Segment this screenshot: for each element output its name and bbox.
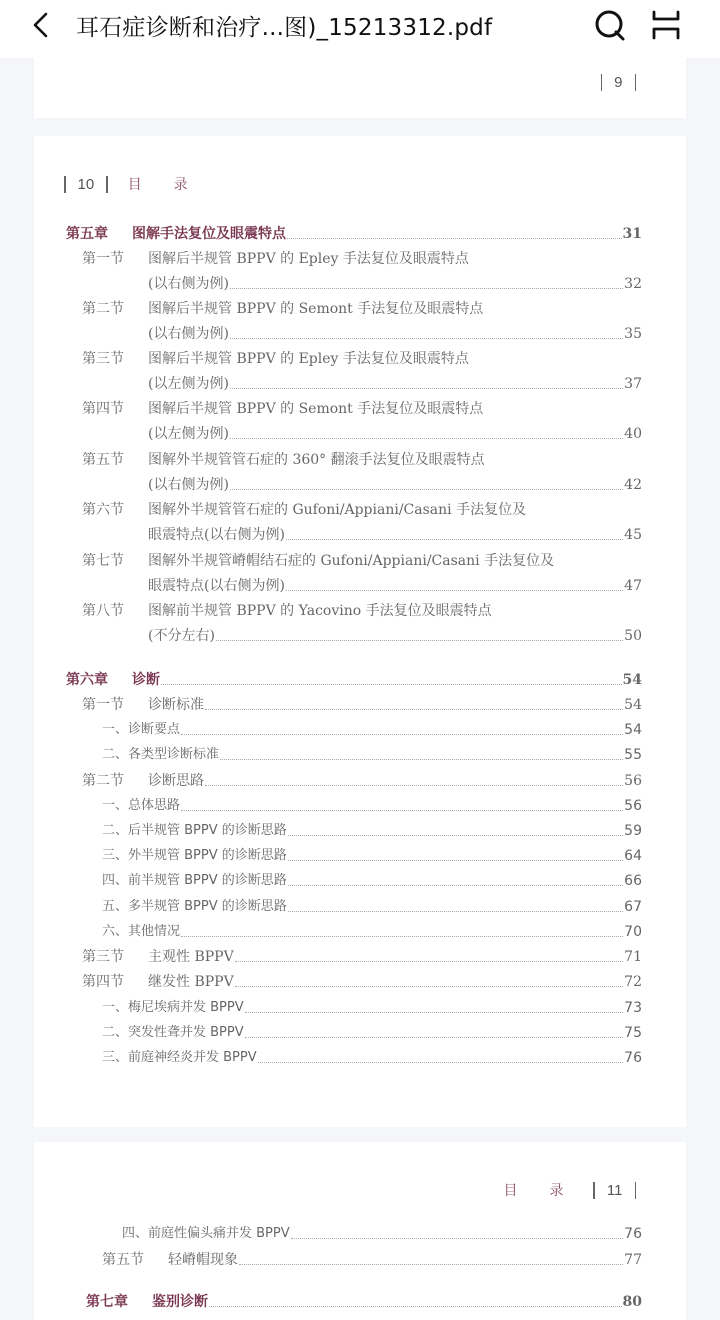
toc-entry-label: 诊断 <box>132 670 160 690</box>
toc-entry[interactable]: 五、多半规管 BPPV 的诊断思路67 <box>66 893 642 917</box>
toc-entry-page: 50 <box>624 626 642 646</box>
toc-entry[interactable]: 二、突发性聋并发 BPPV75 <box>66 1019 642 1043</box>
page-number: 9 <box>601 74 636 91</box>
toc-entry-label: 四、前庭性偏头痛并发 BPPV <box>122 1224 290 1244</box>
leader-dots <box>220 759 623 760</box>
leader-dots <box>258 1062 624 1063</box>
toc-entry[interactable]: 一、梅尼埃病并发 BPPV73 <box>66 994 642 1018</box>
leader-dots <box>205 709 623 710</box>
toc-entry-page: 47 <box>624 576 642 596</box>
leader-dots <box>230 388 623 389</box>
toc-entry-label: 眼震特点(以右侧为例) <box>148 576 285 596</box>
toc-entry-page: 32 <box>624 274 642 294</box>
divider <box>601 74 603 91</box>
toc-entry-page: 75 <box>624 1023 642 1043</box>
top-bar: 耳石症诊断和治疗...图)_15213312.pdf <box>0 0 720 58</box>
toc-entry-page: 72 <box>624 972 642 992</box>
toc-entry[interactable]: 第五节轻嵴帽现象77 <box>86 1246 642 1270</box>
toc-entry[interactable]: (以右侧为例)42 <box>66 471 642 495</box>
toc-entry-page: 71 <box>624 947 642 967</box>
toc-entry-page: 54 <box>623 670 642 690</box>
leader-dots <box>181 734 623 735</box>
toc-entry-label: (以左侧为例) <box>148 424 229 444</box>
toc-entry-label: 三、外半规管 BPPV 的诊断思路 <box>102 846 287 866</box>
toc-entry-label: 二、各类型诊断标准 <box>102 745 219 765</box>
toc-entry-number: 第六章 <box>66 670 132 690</box>
toc-entry-label: 继发性 BPPV <box>148 972 234 992</box>
toc-entry-label: 二、后半规管 BPPV 的诊断思路 <box>102 821 287 841</box>
toc-entry-page: 55 <box>624 745 642 765</box>
leader-dots <box>288 885 623 886</box>
leader-dots <box>209 1306 622 1307</box>
toc-entry[interactable]: (以右侧为例)32 <box>66 270 642 294</box>
toc-entry-number: 第七节 <box>82 551 148 571</box>
toc-entry-label: 诊断标准 <box>148 695 204 715</box>
leader-dots <box>291 1238 624 1239</box>
toc-entry[interactable]: 眼震特点(以右侧为例)45 <box>66 521 642 545</box>
toc-entry-number: 第五节 <box>102 1250 168 1270</box>
toc-entry[interactable]: 六、其他情况70 <box>66 918 642 942</box>
toc-entry-page: 76 <box>624 1224 642 1244</box>
toc-entry-number: 第五章 <box>66 224 132 244</box>
toc-entry[interactable]: 第四节图解后半规管 BPPV 的 Semont 手法复位及眼震特点 <box>66 395 642 419</box>
toc-entry-label: 图解后半规管 BPPV 的 Semont 手法复位及眼震特点 <box>148 299 483 319</box>
toc-entry-number: 第二节 <box>82 771 148 791</box>
leader-dots <box>161 684 622 685</box>
toc-entry[interactable]: 第六节图解外半规管管石症的 Gufoni/Appiani/Casani 手法复位… <box>66 496 642 520</box>
leader-dots <box>181 936 623 937</box>
toc-entry-page: 66 <box>624 871 642 891</box>
toc-entry-page: 42 <box>624 475 642 495</box>
toc-entry[interactable]: (以右侧为例)35 <box>66 320 642 344</box>
page-number-text: 10 <box>78 176 95 193</box>
toc-entry-page: 45 <box>624 525 642 545</box>
leader-dots <box>486 464 641 465</box>
toc-entry-page: 37 <box>624 374 642 394</box>
toc-entry[interactable]: 二、各类型诊断标准55 <box>66 741 642 765</box>
search-button[interactable] <box>592 7 628 43</box>
toc-entry[interactable]: 第五节图解外半规管管石症的 360° 翻滚手法复位及眼震特点 <box>66 446 642 470</box>
toc-entry[interactable]: 第七节图解外半规管嵴帽结石症的 Gufoni/Appiani/Casani 手法… <box>66 547 642 571</box>
toc-entry-label: 诊断思路 <box>148 771 204 791</box>
toc-entry[interactable]: (以左侧为例)37 <box>66 370 642 394</box>
toc-entry-label: 四、前半规管 BPPV 的诊断思路 <box>102 871 287 891</box>
toc-entry-page: 67 <box>624 897 642 917</box>
toc-entry-number: 第一节 <box>82 249 148 269</box>
leader-dots <box>216 640 623 641</box>
toc-entry-page: 40 <box>624 424 642 444</box>
toc-entry-label: 六、其他情况 <box>102 922 180 942</box>
toc-entry[interactable]: 第二节图解后半规管 BPPV 的 Semont 手法复位及眼震特点 <box>66 295 642 319</box>
divider <box>635 1182 637 1199</box>
toc-entry[interactable]: 第八节图解前半规管 BPPV 的 Yacovino 手法复位及眼震特点 <box>66 597 642 621</box>
leader-dots <box>287 238 622 239</box>
page-number-text: 9 <box>614 74 622 91</box>
toc-entry-label: (以右侧为例) <box>148 324 229 344</box>
toc-entry-number: 第四节 <box>82 399 148 419</box>
leader-dots <box>230 489 623 490</box>
toc-entry-page: 54 <box>624 695 642 715</box>
toc-entry-number: 第一节 <box>82 695 148 715</box>
leader-dots <box>230 338 623 339</box>
page-header: 10 目 录 <box>64 174 202 194</box>
toc-entry-label: 三、前庭神经炎并发 BPPV <box>102 1048 257 1068</box>
toc-entry[interactable]: 二、后半规管 BPPV 的诊断思路59 <box>66 817 642 841</box>
toc-entry-number: 第三节 <box>82 947 148 967</box>
toc-entry-page: 80 <box>623 1292 642 1312</box>
toc-entry-number: 第三节 <box>82 349 148 369</box>
toc-entry[interactable]: 眼震特点(以右侧为例)47 <box>66 572 642 596</box>
toc-entry-page: 35 <box>624 324 642 344</box>
leader-dots <box>288 860 623 861</box>
toc-entry-label: 图解外半规管管石症的 360° 翻滚手法复位及眼震特点 <box>148 450 485 470</box>
leader-dots <box>181 810 623 811</box>
leader-dots <box>555 565 641 566</box>
toc-entry[interactable]: 四、前半规管 BPPV 的诊断思路66 <box>66 867 642 891</box>
toc-entry-label: (以右侧为例) <box>148 274 229 294</box>
toc-entry-label: 眼震特点(以右侧为例) <box>148 525 285 545</box>
toc-entry-page: 64 <box>624 846 642 866</box>
toc-entry-page: 54 <box>624 720 642 740</box>
divider <box>106 176 108 193</box>
leader-dots <box>288 835 623 836</box>
toc-entry[interactable]: 第三节图解后半规管 BPPV 的 Epley 手法复位及眼震特点 <box>66 345 642 369</box>
toc-entry-label: 图解前半规管 BPPV 的 Yacovino 手法复位及眼震特点 <box>148 601 492 621</box>
leader-dots <box>230 288 623 289</box>
pdf-viewer[interactable]: 9 10 目 录 第五章图解手法复位及眼震特点31第一节图解后半规管 BPPV … <box>0 58 720 1320</box>
page-header: 目 录 11 <box>504 1180 636 1200</box>
toc-entry[interactable]: 一、诊断要点54 <box>66 716 642 740</box>
toc-entry-label: (以左侧为例) <box>148 374 229 394</box>
toc-entry-label: 图解外半规管管石症的 Gufoni/Appiani/Casani 手法复位及 <box>148 500 526 520</box>
toc-entry-page: 56 <box>624 796 642 816</box>
leader-dots <box>286 539 623 540</box>
leader-dots <box>205 785 623 786</box>
pdf-page-11: 目 录 11 四、前庭性偏头痛并发 BPPV76第五节轻嵴帽现象77第七章鉴别诊… <box>34 1142 686 1320</box>
leader-dots <box>484 313 641 314</box>
leader-dots <box>470 263 641 264</box>
toc-entry-number: 第四节 <box>82 972 148 992</box>
toc-entry-label: 主观性 BPPV <box>148 947 234 967</box>
toc-entry-label: 鉴别诊断 <box>152 1292 208 1312</box>
toc-entry-number: 第八节 <box>82 601 148 621</box>
toc-entry[interactable]: (以左侧为例)40 <box>66 420 642 444</box>
toc-entry-label: (以右侧为例) <box>148 475 229 495</box>
toc-entry-label: 图解外半规管嵴帽结石症的 Gufoni/Appiani/Casani 手法复位及 <box>148 551 554 571</box>
toc-entry[interactable]: 第四节继发性 BPPV72 <box>66 968 642 992</box>
toc-entry[interactable]: 第一节图解后半规管 BPPV 的 Epley 手法复位及眼震特点 <box>66 245 642 269</box>
leader-dots <box>235 961 623 962</box>
document-title: 耳石症诊断和治疗...图)_15213312.pdf <box>76 9 492 42</box>
toc-entry-page: 31 <box>623 224 642 244</box>
back-button[interactable] <box>26 10 56 40</box>
toc-entry[interactable]: 第三节主观性 BPPV71 <box>66 943 642 967</box>
leader-dots <box>286 590 623 591</box>
toc-entry[interactable]: 第二节诊断思路56 <box>66 767 642 791</box>
leader-dots <box>484 413 641 414</box>
toc-entry-label: 图解后半规管 BPPV 的 Epley 手法复位及眼震特点 <box>148 349 469 369</box>
header-title: 目 录 <box>504 1180 578 1200</box>
pdf-page-10: 10 目 录 第五章图解手法复位及眼震特点31第一节图解后半规管 BPPV 的 … <box>34 136 686 1127</box>
toc-entry[interactable]: (不分左右)50 <box>66 622 642 646</box>
divider <box>593 1182 595 1199</box>
table-of-contents: 第五章图解手法复位及眼震特点31第一节图解后半规管 BPPV 的 Epley 手… <box>66 220 642 1100</box>
toc-entry[interactable]: 第五章图解手法复位及眼震特点31 <box>66 220 642 244</box>
toc-entry-number: 第二节 <box>82 299 148 319</box>
leader-dots <box>230 438 623 439</box>
leader-dots <box>245 1012 624 1013</box>
toc-entry-page: 56 <box>624 771 642 791</box>
leader-dots <box>527 514 641 515</box>
toc-entry-number: 第七章 <box>86 1292 152 1312</box>
toc-entry[interactable]: 第七章鉴别诊断80 <box>86 1288 642 1312</box>
search-icon <box>592 7 628 43</box>
toc-entry[interactable]: 第一节诊断标准54 <box>66 691 642 715</box>
page-view-icon <box>648 7 684 43</box>
toc-entry[interactable]: 四、前庭性偏头痛并发 BPPV76 <box>86 1220 642 1244</box>
toc-entry-label: 五、多半规管 BPPV 的诊断思路 <box>102 897 287 917</box>
toc-entry-label: 一、诊断要点 <box>102 720 180 740</box>
toc-entry-label: 轻嵴帽现象 <box>168 1250 238 1270</box>
chevron-left-icon <box>30 11 52 39</box>
divider <box>64 176 66 193</box>
toc-entry[interactable]: 三、外半规管 BPPV 的诊断思路64 <box>66 842 642 866</box>
toc-entry-page: 76 <box>624 1048 642 1068</box>
toc-entry-label: 一、梅尼埃病并发 BPPV <box>102 998 244 1018</box>
leader-dots <box>245 1037 624 1038</box>
toc-entry-label: 一、总体思路 <box>102 796 180 816</box>
toc-entry-label: 图解后半规管 BPPV 的 Epley 手法复位及眼震特点 <box>148 249 469 269</box>
toc-entry-number: 第五节 <box>82 450 148 470</box>
toc-entry-label: 图解后半规管 BPPV 的 Semont 手法复位及眼震特点 <box>148 399 483 419</box>
leader-dots <box>288 911 623 912</box>
leader-dots <box>235 986 623 987</box>
page-view-button[interactable] <box>648 7 684 43</box>
divider <box>635 74 637 91</box>
header-title: 目 录 <box>128 174 202 194</box>
toc-entry-label: (不分左右) <box>148 626 215 646</box>
toc-entry-label: 二、突发性聋并发 BPPV <box>102 1023 244 1043</box>
toc-entry[interactable]: 第六章诊断54 <box>66 666 642 690</box>
toc-entry-page: 59 <box>624 821 642 841</box>
leader-dots <box>239 1264 623 1265</box>
toc-entry-label: 图解手法复位及眼震特点 <box>132 224 286 244</box>
pdf-page-9: 9 <box>34 58 686 118</box>
toc-entry-number: 第六节 <box>82 500 148 520</box>
toc-entry-page: 70 <box>624 922 642 942</box>
page-number-text: 11 <box>607 1182 623 1199</box>
toc-entry[interactable]: 一、总体思路56 <box>66 792 642 816</box>
toc-entry-page: 73 <box>624 998 642 1018</box>
toc-entry-page: 77 <box>624 1250 642 1270</box>
leader-dots <box>493 615 641 616</box>
leader-dots <box>470 363 641 364</box>
toc-entry[interactable]: 三、前庭神经炎并发 BPPV76 <box>66 1044 642 1068</box>
table-of-contents: 四、前庭性偏头痛并发 BPPV76第五节轻嵴帽现象77第七章鉴别诊断80 <box>86 1220 642 1320</box>
